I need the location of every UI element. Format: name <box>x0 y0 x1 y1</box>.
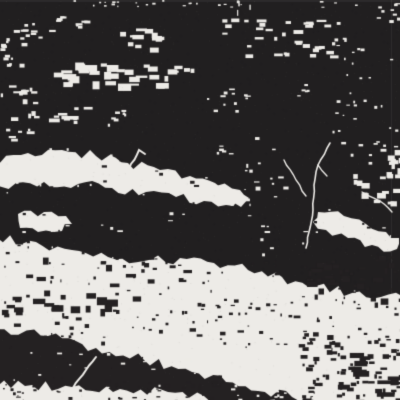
album-artwork: High-contrast black and white abstract a… <box>0 0 400 400</box>
abstract-artwork-canvas <box>0 0 400 400</box>
